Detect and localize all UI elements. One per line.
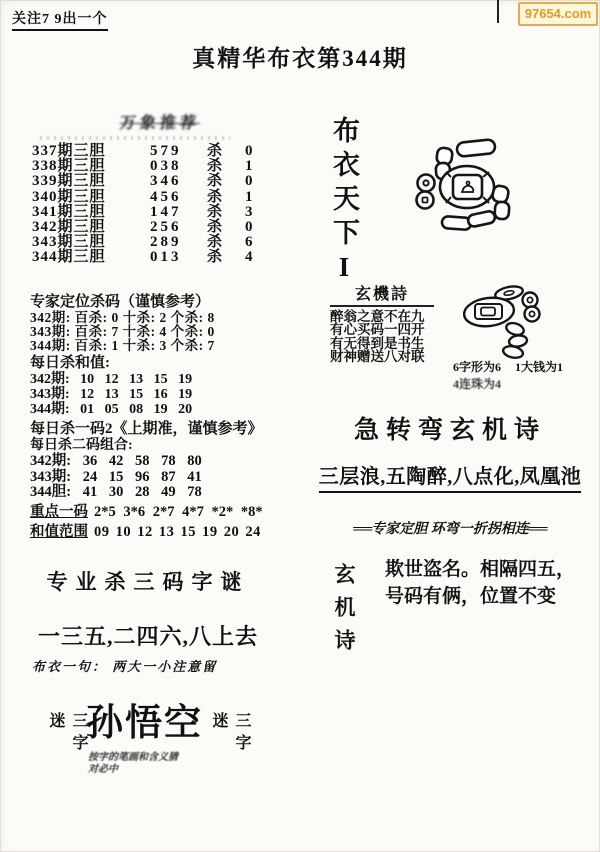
riddle-hint: 按字的笔画和含义猜 对必中 — [88, 752, 208, 776]
figure-note: 6字形为6 — [453, 360, 501, 374]
double-line-decor: ══ — [353, 522, 371, 537]
table-row: 341期三胆147杀3 — [32, 205, 282, 220]
key-code-label: 重点一码 — [30, 504, 88, 520]
kill-value: 0 — [245, 220, 253, 235]
sharp-turn-line: 三层浪,五陶醉,八点化,凤凰池 — [319, 460, 582, 493]
sum-range-line: 和值范围09 10 12 13 15 19 20 24 — [30, 524, 302, 541]
mystery-verse: 欺世盗名。相隔四五， 号码有俩，位置不变 — [385, 556, 565, 610]
kill-label: 杀 — [207, 144, 245, 159]
kill-label: 杀 — [207, 205, 245, 220]
kill-three-riddle-title: 专业杀三码字谜 — [28, 566, 268, 596]
three-char-riddle-answer: 孙悟空 — [86, 692, 203, 746]
issue-label: 340期三胆 — [32, 190, 150, 205]
poem-line: 财神赠送八对联 — [330, 350, 434, 363]
issue-label: 342期三胆 — [32, 220, 150, 235]
faint-print-artifact — [40, 136, 230, 140]
dan-code: 147 — [150, 205, 207, 220]
coin-cluster-drawing — [413, 136, 517, 236]
three-dan-history-table: 337期三胆579杀0 338期三胆038杀1 339期三胆346杀0 340期… — [32, 144, 282, 266]
kill-label: 杀 — [207, 250, 245, 265]
key-code-line: 重点一码2*5 3*6 2*7 4*7 *2* *8* — [30, 504, 302, 521]
sharp-turn-line-wrap: 三层浪,五陶醉,八点化,凤凰池 — [310, 460, 590, 493]
coin-beads-drawing — [463, 283, 545, 361]
scan-vertical-line — [497, 0, 499, 23]
history-blurred-header: 万象推荐 — [89, 110, 231, 133]
mystery-line: 号码有俩，位置不变 — [385, 583, 565, 610]
expert-kill-title: 专家定位杀码（谨慎参考） — [30, 294, 302, 311]
page-title: 真精华布衣第344期 — [0, 40, 600, 73]
xuanji-poem-title: 玄機詩 — [330, 281, 434, 307]
expert-kill-row: 342期: 百杀: 0 十杀: 2 个杀: 8 — [30, 311, 302, 325]
double-line-decor: ══ — [529, 522, 547, 537]
daily-sum-kill-row: 344期: 01 05 08 19 20 — [30, 402, 302, 417]
daily-sum-kill-row: 342期: 10 12 13 15 19 — [30, 372, 302, 387]
figure-caption-blurred: 4连珠为4 — [453, 375, 501, 392]
kill-three-riddle-line: 一三五,二四六,八上去 — [28, 620, 268, 651]
sum-range-value: 09 10 12 13 15 19 20 24 — [94, 524, 261, 540]
poem-line: 有心买码一四开 — [330, 323, 434, 336]
mystery-verse-vertical-title: 玄机诗 — [329, 563, 359, 673]
kill-value: 0 — [245, 174, 253, 189]
dan-code: 346 — [150, 174, 207, 189]
daily-two-code-title: 每日杀二码组合: — [30, 438, 302, 454]
table-row: 337期三胆579杀0 — [32, 144, 282, 159]
kill-label: 杀 — [207, 174, 245, 189]
issue-label: 337期三胆 — [32, 144, 150, 159]
daily-two-code-row: 342期: 36 42 58 78 80 — [30, 454, 302, 470]
buyi-tianxia-banner: 布衣天下I — [325, 116, 364, 296]
issue-label: 341期三胆 — [32, 205, 150, 220]
dan-code: 289 — [150, 235, 207, 250]
figure-note: 1大钱为1 — [515, 360, 563, 374]
watermark-badge[interactable]: 97654.com — [518, 2, 598, 26]
daily-two-code-row: 343期: 24 15 96 87 41 — [30, 470, 302, 486]
sum-range-label: 和值范围 — [30, 524, 88, 540]
kill-value: 3 — [245, 205, 253, 220]
issue-label: 339期三胆 — [32, 174, 150, 189]
table-row: 344期三胆013杀4 — [32, 250, 282, 265]
dan-code: 456 — [150, 190, 207, 205]
three-char-riddle-label-right: 三字迷 — [207, 712, 253, 772]
riddle-hint-line: 按字的笔画和含义猜 — [88, 752, 208, 764]
lottery-tip-sheet: 关注7 9出一个 97654.com 真精华布衣第344期 万象推荐 337期三… — [0, 0, 600, 852]
table-row: 340期三胆456杀1 — [32, 190, 282, 205]
kill-label: 杀 — [207, 220, 245, 235]
three-char-riddle-label-left: 三字迷 — [44, 712, 90, 772]
issue-label: 344期三胆 — [32, 250, 150, 265]
expert-kill-row: 343期: 百杀: 7 十杀: 4 个杀: 0 — [30, 325, 302, 339]
daily-sum-kill-row: 343期: 12 13 15 16 19 — [30, 387, 302, 402]
dan-code: 038 — [150, 159, 207, 174]
daily-one-code-line: 每日杀一码2《上期准，谨慎参考》 — [30, 420, 302, 438]
kill-value: 6 — [245, 235, 253, 250]
daily-sum-kill-title: 每日杀和值: — [30, 355, 302, 372]
table-row: 339期三胆346杀0 — [32, 174, 282, 189]
dan-code: 013 — [150, 250, 207, 265]
kill-value: 4 — [245, 250, 253, 265]
kill-value: 1 — [245, 190, 253, 205]
kill-value: 1 — [245, 159, 253, 174]
expert-kill-section: 专家定位杀码（谨慎参考） 342期: 百杀: 0 十杀: 2 个杀: 8 343… — [30, 294, 302, 541]
dan-code: 256 — [150, 220, 207, 235]
kill-label: 杀 — [207, 190, 245, 205]
expert-kill-row: 344期: 百杀: 1 十杀: 3 个杀: 7 — [30, 339, 302, 353]
table-row: 342期三胆256杀0 — [32, 220, 282, 235]
riddle-hint-line: 对必中 — [88, 764, 208, 776]
key-code-value: 2*5 3*6 2*7 4*7 *2* *8* — [94, 504, 263, 520]
figure-caption: 6字形为61大钱为1 — [453, 360, 598, 374]
follow-note: 关注7 9出一个 — [12, 8, 108, 31]
kill-value: 0 — [245, 144, 253, 159]
mystery-line: 欺世盗名。相隔四五， — [385, 556, 565, 583]
buyi-sentence: 布衣一句： 两大一小注意留 — [32, 656, 217, 675]
dan-code: 579 — [150, 144, 207, 159]
expert-dan-footer-text: 专家定胆 环弯一折拐相连 — [371, 522, 529, 537]
expert-dan-footer: ══专家定胆 环弯一折拐相连══ — [310, 518, 590, 538]
daily-two-code-row: 344胆: 41 30 28 49 78 — [30, 485, 302, 501]
xuanji-poem: 玄機詩 醉翁之意不在九 有心买码一四开 有无得到是书生 财神赠送八对联 — [330, 281, 434, 364]
sharp-turn-title: 急转弯玄机诗 — [310, 410, 590, 446]
